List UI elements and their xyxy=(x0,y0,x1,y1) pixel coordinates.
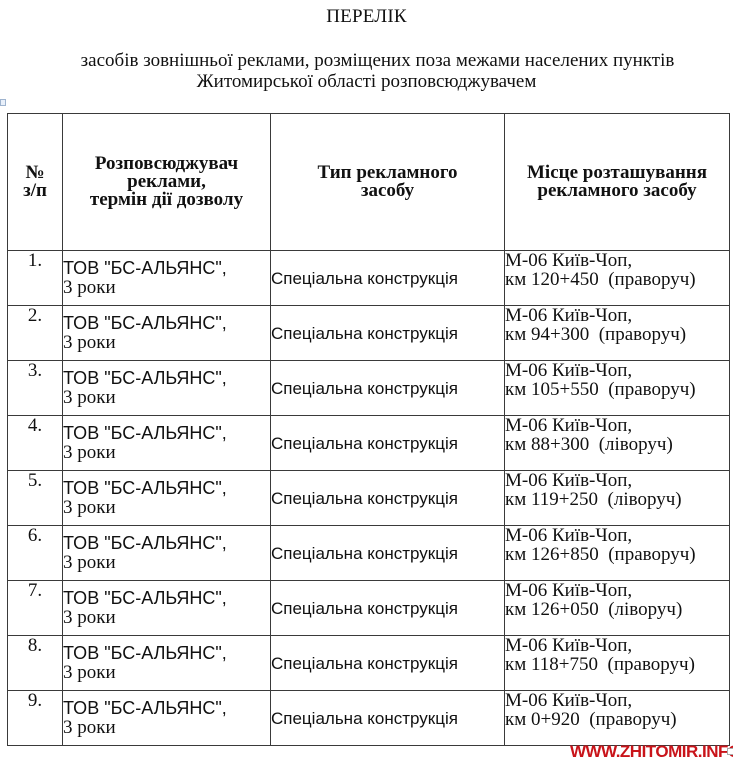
location-cell: М-06 Київ-Чоп,км 126+850 (праворуч) xyxy=(505,526,730,581)
permit-term: 3 роки xyxy=(63,388,270,407)
table-header-row: № з/п Розповсюджувач реклами, термін дії… xyxy=(8,114,730,251)
location-km: км 119+250 (ліворуч) xyxy=(505,490,729,509)
type-cell: Спеціальна конструкція xyxy=(271,361,505,416)
distributor-name: ТОВ "БС-АЛЬЯНС", xyxy=(63,313,227,333)
location-road: М-06 Київ-Чоп, xyxy=(505,581,729,600)
document-subtitle: засобів зовнішньої реклами, розміщених п… xyxy=(0,50,733,92)
table-row: 9.ТОВ "БС-АЛЬЯНС",3 рокиСпеціальна конст… xyxy=(8,691,730,746)
header-location: Місце розташування рекламного засобу xyxy=(505,114,730,251)
location-cell: М-06 Київ-Чоп,км 0+920 (праворуч) xyxy=(505,691,730,746)
distributor-name: ТОВ "БС-АЛЬЯНС", xyxy=(63,643,227,663)
type-cell: Спеціальна конструкція xyxy=(271,526,505,581)
distributor-cell: ТОВ "БС-АЛЬЯНС",3 роки xyxy=(63,636,271,691)
document-title: ПЕРЕЛІК xyxy=(0,6,733,28)
location-road: М-06 Київ-Чоп, xyxy=(505,416,729,435)
table-row: 5.ТОВ "БС-АЛЬЯНС",3 рокиСпеціальна конст… xyxy=(8,471,730,526)
distributor-cell: ТОВ "БС-АЛЬЯНС",3 роки xyxy=(63,691,271,746)
location-km: км 105+550 (праворуч) xyxy=(505,380,729,399)
advertising-means-table: № з/п Розповсюджувач реклами, термін дії… xyxy=(7,113,730,746)
table-row: 4.ТОВ "БС-АЛЬЯНС",3 рокиСпеціальна конст… xyxy=(8,416,730,471)
location-km: км 120+450 (праворуч) xyxy=(505,270,729,289)
type-cell: Спеціальна конструкція xyxy=(271,636,505,691)
distributor-name: ТОВ "БС-АЛЬЯНС", xyxy=(63,478,227,498)
location-km: км 126+050 (ліворуч) xyxy=(505,600,729,619)
location-road: М-06 Київ-Чоп, xyxy=(505,691,729,710)
permit-term: 3 роки xyxy=(63,663,270,682)
location-cell: М-06 Київ-Чоп,км 105+550 (праворуч) xyxy=(505,361,730,416)
subtitle-line-2: Житомирської області розповсюджувачем xyxy=(0,71,733,92)
location-km: км 0+920 (праворуч) xyxy=(505,710,729,729)
permit-term: 3 роки xyxy=(63,498,270,517)
subtitle-line-1: засобів зовнішньої реклами, розміщених п… xyxy=(0,50,733,71)
type-cell: Спеціальна конструкція xyxy=(271,416,505,471)
header-type: Тип рекламного засобу xyxy=(271,114,505,251)
distributor-cell: ТОВ "БС-АЛЬЯНС",3 роки xyxy=(63,471,271,526)
location-km: км 94+300 (праворуч) xyxy=(505,325,729,344)
row-number: 9. xyxy=(8,691,63,746)
location-cell: М-06 Київ-Чоп,км 94+300 (праворуч) xyxy=(505,306,730,361)
type-cell: Спеціальна конструкція xyxy=(271,251,505,306)
site-watermark: WWW.ZHITOMIR.INFO xyxy=(570,742,733,762)
location-cell: М-06 Київ-Чоп,км 120+450 (праворуч) xyxy=(505,251,730,306)
location-cell: М-06 Київ-Чоп,км 88+300 (ліворуч) xyxy=(505,416,730,471)
location-cell: М-06 Київ-Чоп,км 126+050 (ліворуч) xyxy=(505,581,730,636)
table-row: 8.ТОВ "БС-АЛЬЯНС",3 рокиСпеціальна конст… xyxy=(8,636,730,691)
permit-term: 3 роки xyxy=(63,278,270,297)
location-km: км 88+300 (ліворуч) xyxy=(505,435,729,454)
table-row: 3.ТОВ "БС-АЛЬЯНС",3 рокиСпеціальна конст… xyxy=(8,361,730,416)
header-distributor: Розповсюджувач реклами, термін дії дозво… xyxy=(63,114,271,251)
row-number: 3. xyxy=(8,361,63,416)
distributor-cell: ТОВ "БС-АЛЬЯНС",3 роки xyxy=(63,581,271,636)
distributor-cell: ТОВ "БС-АЛЬЯНС",3 роки xyxy=(63,251,271,306)
table-row: 6.ТОВ "БС-АЛЬЯНС",3 рокиСпеціальна конст… xyxy=(8,526,730,581)
row-number: 8. xyxy=(8,636,63,691)
distributor-name: ТОВ "БС-АЛЬЯНС", xyxy=(63,533,227,553)
permit-term: 3 роки xyxy=(63,333,270,352)
row-number: 7. xyxy=(8,581,63,636)
type-cell: Спеціальна конструкція xyxy=(271,306,505,361)
table-row: 1.ТОВ "БС-АЛЬЯНС",3 рокиСпеціальна конст… xyxy=(8,251,730,306)
distributor-name: ТОВ "БС-АЛЬЯНС", xyxy=(63,698,227,718)
distributor-name: ТОВ "БС-АЛЬЯНС", xyxy=(63,258,227,278)
location-road: М-06 Київ-Чоп, xyxy=(505,636,729,655)
row-number: 1. xyxy=(8,251,63,306)
distributor-cell: ТОВ "БС-АЛЬЯНС",3 роки xyxy=(63,361,271,416)
header-num: № з/п xyxy=(8,114,63,251)
location-road: М-06 Київ-Чоп, xyxy=(505,306,729,325)
location-cell: М-06 Київ-Чоп,км 119+250 (ліворуч) xyxy=(505,471,730,526)
permit-term: 3 роки xyxy=(63,718,270,737)
distributor-cell: ТОВ "БС-АЛЬЯНС",3 роки xyxy=(63,526,271,581)
distributor-cell: ТОВ "БС-АЛЬЯНС",3 роки xyxy=(63,416,271,471)
type-cell: Спеціальна конструкція xyxy=(271,471,505,526)
location-road: М-06 Київ-Чоп, xyxy=(505,251,729,270)
table-row: 7.ТОВ "БС-АЛЬЯНС",3 рокиСпеціальна конст… xyxy=(8,581,730,636)
location-km: км 126+850 (праворуч) xyxy=(505,545,729,564)
row-number: 4. xyxy=(8,416,63,471)
type-cell: Спеціальна конструкція xyxy=(271,581,505,636)
permit-term: 3 роки xyxy=(63,608,270,627)
location-cell: М-06 Київ-Чоп,км 118+750 (праворуч) xyxy=(505,636,730,691)
location-road: М-06 Київ-Чоп, xyxy=(505,361,729,380)
distributor-name: ТОВ "БС-АЛЬЯНС", xyxy=(63,368,227,388)
location-km: км 118+750 (праворуч) xyxy=(505,655,729,674)
row-number: 5. xyxy=(8,471,63,526)
resize-handle-icon xyxy=(727,748,733,755)
distributor-name: ТОВ "БС-АЛЬЯНС", xyxy=(63,423,227,443)
location-road: М-06 Київ-Чоп, xyxy=(505,526,729,545)
permit-term: 3 роки xyxy=(63,553,270,572)
distributor-cell: ТОВ "БС-АЛЬЯНС",3 роки xyxy=(63,306,271,361)
row-number: 6. xyxy=(8,526,63,581)
permit-term: 3 роки xyxy=(63,443,270,462)
type-cell: Спеціальна конструкція xyxy=(271,691,505,746)
table-row: 2.ТОВ "БС-АЛЬЯНС",3 рокиСпеціальна конст… xyxy=(8,306,730,361)
location-road: М-06 Київ-Чоп, xyxy=(505,471,729,490)
distributor-name: ТОВ "БС-АЛЬЯНС", xyxy=(63,588,227,608)
row-number: 2. xyxy=(8,306,63,361)
table-move-handle-icon[interactable] xyxy=(0,99,6,106)
